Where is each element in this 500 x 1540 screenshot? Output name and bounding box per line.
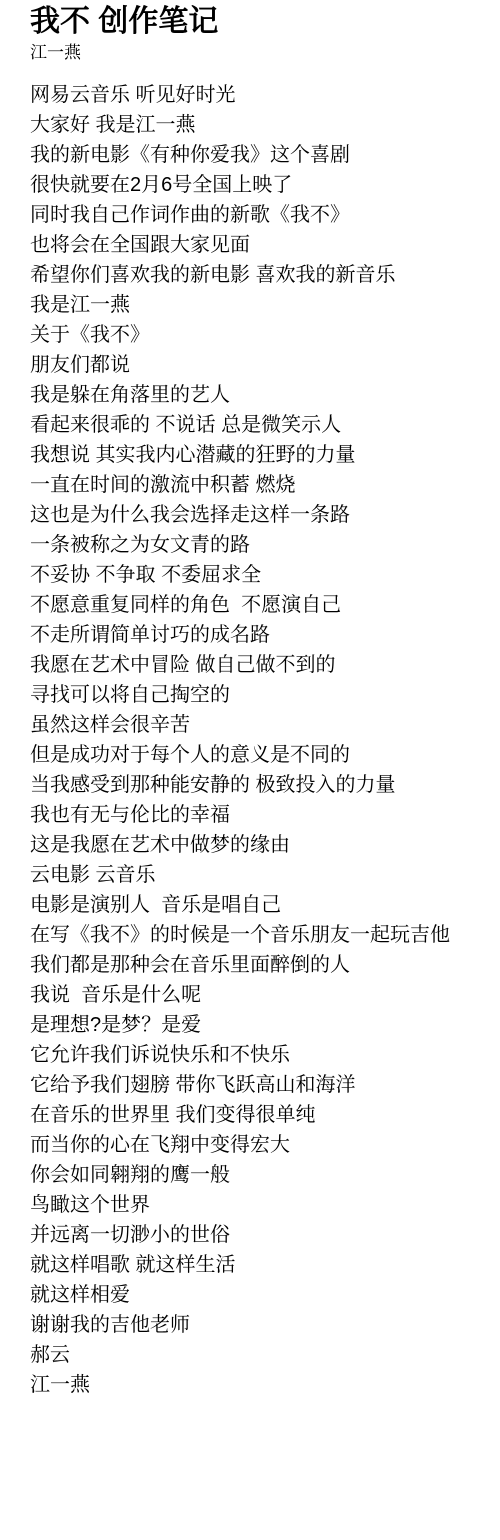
lyric-line: 这也是为什么我会选择走这样一条路 [30, 500, 482, 530]
lyric-line: 我的新电影《有种你爱我》这个喜剧 [30, 140, 482, 170]
lyric-line: 也将会在全国跟大家见面 [30, 230, 482, 260]
lyric-line: 关于《我不》 [30, 320, 482, 350]
lyric-line: 我是躲在角落里的艺人 [30, 380, 482, 410]
lyric-line: 它允许我们诉说快乐和不快乐 [30, 1040, 482, 1070]
lyric-line: 电影是演别人 音乐是唱自己 [30, 890, 482, 920]
lyric-line: 我想说 其实我内心潜藏的狂野的力量 [30, 440, 482, 470]
lyric-line: 网易云音乐 听见好时光 [30, 80, 482, 110]
lyric-line: 不愿意重复同样的角色 不愿演自己 [30, 590, 482, 620]
lyric-line: 而当你的心在飞翔中变得宏大 [30, 1130, 482, 1160]
lyric-line: 就这样相爱 [30, 1280, 482, 1310]
lyric-line: 就这样唱歌 就这样生活 [30, 1250, 482, 1280]
lyric-line: 它给予我们翅膀 带你飞跃高山和海洋 [30, 1070, 482, 1100]
lyric-line: 不走所谓简单讨巧的成名路 [30, 620, 482, 650]
artist-name: 江一燕 [30, 42, 482, 64]
lyric-line: 朋友们都说 [30, 350, 482, 380]
lyric-line: 我愿在艺术中冒险 做自己做不到的 [30, 650, 482, 680]
lyric-line: 是理想?是梦？是爱 [30, 1010, 482, 1040]
lyric-line: 并远离一切渺小的世俗 [30, 1220, 482, 1250]
lyric-line: 一直在时间的激流中积蓄 燃烧 [30, 470, 482, 500]
lyric-line: 郝云 [30, 1340, 482, 1370]
lyrics-text: 网易云音乐 听见好时光大家好 我是江一燕我的新电影《有种你爱我》这个喜剧很快就要… [30, 80, 482, 1400]
lyric-line: 你会如同翱翔的鹰一般 [30, 1160, 482, 1190]
lyric-line: 在音乐的世界里 我们变得很单纯 [30, 1100, 482, 1130]
lyric-line: 很快就要在2月6号全国上映了 [30, 170, 482, 200]
lyric-line: 看起来很乖的 不说话 总是微笑示人 [30, 410, 482, 440]
lyric-line: 云电影 云音乐 [30, 860, 482, 890]
lyric-line: 寻找可以将自己掏空的 [30, 680, 482, 710]
lyric-line: 一条被称之为女文青的路 [30, 530, 482, 560]
lyric-line: 虽然这样会很辛苦 [30, 710, 482, 740]
lyric-line: 当我感受到那种能安静的 极致投入的力量 [30, 770, 482, 800]
lyric-line: 鸟瞰这个世界 [30, 1190, 482, 1220]
lyric-line: 我也有无与伦比的幸福 [30, 800, 482, 830]
lyric-line: 这是我愿在艺术中做梦的缘由 [30, 830, 482, 860]
lyric-line: 大家好 我是江一燕 [30, 110, 482, 140]
lyric-line: 谢谢我的吉他老师 [30, 1310, 482, 1340]
lyric-line: 希望你们喜欢我的新电影 喜欢我的新音乐 [30, 260, 482, 290]
lyric-line: 但是成功对于每个人的意义是不同的 [30, 740, 482, 770]
lyric-line: 不妥协 不争取 不委屈求全 [30, 560, 482, 590]
lyric-line: 我们都是那种会在音乐里面醉倒的人 [30, 950, 482, 980]
lyric-line: 在写《我不》的时候是一个音乐朋友一起玩吉他 [30, 920, 482, 950]
lyric-line: 同时我自己作词作曲的新歌《我不》 [30, 200, 482, 230]
page-title: 我不 创作笔记 [30, 2, 482, 42]
lyric-line: 江一燕 [30, 1370, 482, 1400]
lyric-line: 我说 音乐是什么呢 [30, 980, 482, 1010]
lyrics-page: 我不 创作笔记 江一燕 网易云音乐 听见好时光大家好 我是江一燕我的新电影《有种… [0, 0, 500, 1400]
lyric-line: 我是江一燕 [30, 290, 482, 320]
